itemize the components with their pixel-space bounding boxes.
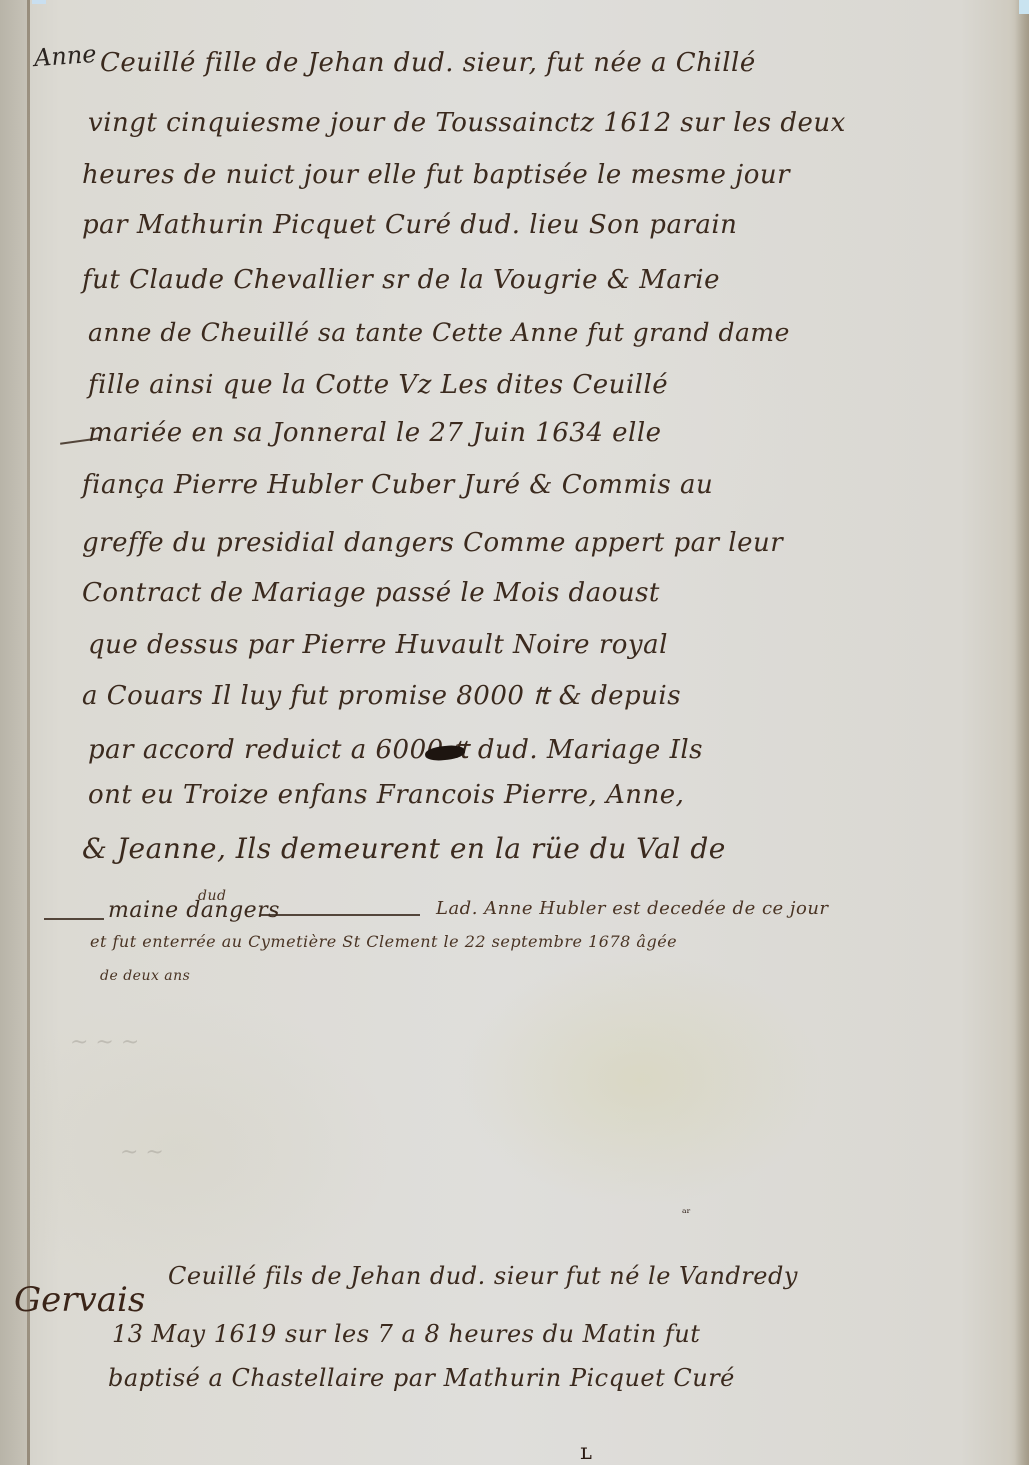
entry1-line-4: par Mathurin Picquet Curé dud. lieu Son … xyxy=(82,210,737,240)
background-corner xyxy=(1019,0,1029,14)
entry1-note-line-1: Lad. Anne Hubler est decedée de ce jour xyxy=(436,898,829,919)
background-corner-left xyxy=(32,0,46,4)
entry1-line-3: heures de nuict jour elle fut baptisée l… xyxy=(82,160,790,190)
line-start-dash xyxy=(44,918,104,920)
entry1-note-line-3: de deux ans xyxy=(100,968,190,984)
entry2-line-1: Ceuillé fils de Jehan dud. sieur fut né … xyxy=(168,1262,798,1290)
entry1-line-13: a Couars Il luy fut promise 8000 ₶ & dep… xyxy=(82,676,681,712)
bleed-through-text-2: ~ ~ xyxy=(120,1140,164,1165)
entry2-line-2: 13 May 1619 sur les 7 a 8 heures du Mati… xyxy=(112,1320,700,1348)
entry-name-gervais: Gervais xyxy=(14,1280,145,1320)
entry1-line-8: mariée en sa Jonneral le 27 Juin 1634 el… xyxy=(88,418,662,448)
entry1-line-11: Contract de Mariage passé le Mois daoust xyxy=(82,578,660,608)
entry2-line-3: baptisé a Chastellaire par Mathurin Picq… xyxy=(108,1364,735,1392)
binding-gutter xyxy=(0,0,27,1465)
entry1-line-7: fille ainsi que la Cotte Vz Les dites Ce… xyxy=(88,370,668,400)
entry1-line-10: greffe du presidial dangers Comme appert… xyxy=(82,528,783,558)
page-edge xyxy=(1015,0,1029,1465)
margin-name-anne: Anne xyxy=(33,40,97,72)
line-fill-dash xyxy=(260,914,420,916)
bleed-through-text: ~ ~ ~ xyxy=(70,1030,139,1055)
entry1-line-9: fiança Pierre Hubler Cuber Juré & Commis… xyxy=(82,470,713,500)
ink-mark-bottom: ʟ xyxy=(580,1440,592,1465)
entry1-note-line-2: et fut enterrée au Cymetière St Clement … xyxy=(90,932,677,951)
entry1-line-15: ont eu Troize enfans Francois Pierre, An… xyxy=(88,780,684,810)
entry1-line-14: par accord reduict a 6000 ₶ dud. Mariage… xyxy=(88,730,703,766)
entry1-line-17: maine dangers xyxy=(108,898,280,923)
small-mark: ᵃʳ xyxy=(682,1206,691,1220)
entry1-line-2: vingt cinquiesme jour de Toussainctz 161… xyxy=(88,108,846,138)
entry1-line-12: que dessus par Pierre Huvault Noire roya… xyxy=(88,630,668,660)
binding-line xyxy=(27,0,30,1465)
entry1-line-6: anne de Cheuillé sa tante Cette Anne fut… xyxy=(88,318,790,347)
manuscript-page: Anne Ceuillé fille de Jehan dud. sieur, … xyxy=(0,0,1029,1465)
entry1-line-5: fut Claude Chevallier sr de la Vougrie &… xyxy=(82,265,720,295)
entry1-line-1: Ceuillé fille de Jehan dud. sieur, fut n… xyxy=(100,48,756,78)
entry1-line-16: & Jeanne, Ils demeurent en la rüe du Val… xyxy=(82,832,726,865)
